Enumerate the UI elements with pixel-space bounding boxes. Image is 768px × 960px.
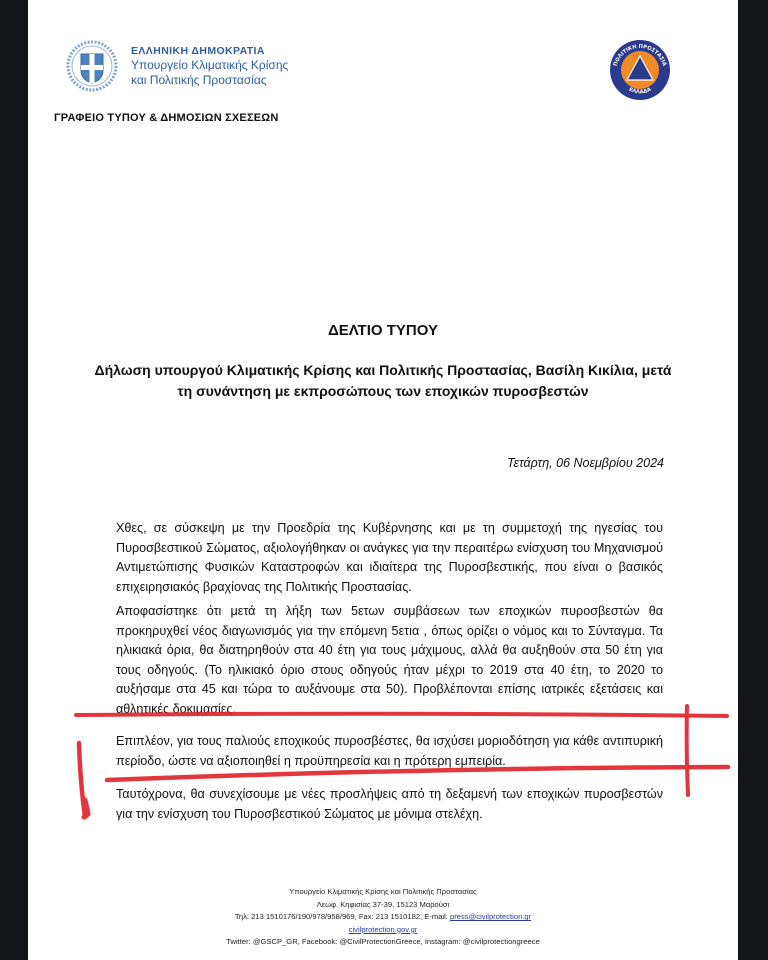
footer: Υπουργείο Κλιματικής Κρίσης και Πολιτική… [28, 886, 738, 949]
document-title: ΔΕΛΤΙΟ ΤΥΠΟΥ [28, 322, 738, 339]
footer-ministry: Υπουργείο Κλιματικής Κρίσης και Πολιτική… [28, 886, 738, 899]
greek-coat-of-arms-icon [66, 40, 118, 92]
footer-address: Λεωφ. Κηφισίας 37-39, 15123 Μαρούσι [28, 899, 738, 912]
footer-contact: Τηλ: 213 1510176/190/978/958/969, Fax: 2… [28, 911, 738, 924]
press-release-page: ΕΛΛΗΝΙΚΗ ΔΗΜΟΚΡΑΤΙΑ Υπουργείο Κλιματικής… [28, 0, 738, 960]
footer-social: Twitter: @GSCP_GR, Facebook: @CivilProte… [28, 936, 738, 949]
email-link[interactable]: press@civilprotection.gr [450, 912, 531, 921]
country-name: ΕΛΛΗΝΙΚΗ ΔΗΜΟΚΡΑΤΙΑ [131, 44, 288, 58]
civil-protection-logo-icon: ΠΟΛΙΤΙΚΗ ΠΡΟΣΤΑΣΙΑ ΕΛΛΑΔΑ [606, 38, 674, 102]
paragraph-4: Ταυτόχρονα, θα συνεχίσουμε με νέες προσλ… [116, 785, 663, 824]
ministry-name-line2: και Πολιτικής Προστασίας [131, 73, 288, 88]
website-link[interactable]: civilprotection.gov.gr [349, 925, 418, 934]
paragraph-2: Αποφασίστηκε ότι μετά τη λήξη των 5ετων … [116, 602, 663, 719]
government-header: ΕΛΛΗΝΙΚΗ ΔΗΜΟΚΡΑΤΙΑ Υπουργείο Κλιματικής… [131, 44, 288, 88]
paragraph-1: Χθες, σε σύσκεψη με την Προεδρία της Κυβ… [116, 519, 663, 597]
document-subtitle: Δήλωση υπουργού Κλιματικής Κρίσης και Πο… [88, 360, 678, 402]
document-date: Τετάρτη, 06 Νοεμβρίου 2024 [507, 456, 664, 470]
paragraph-3-highlighted: Επιπλέον, για τους παλιούς εποχικούς πυρ… [116, 732, 663, 771]
footer-phone: Τηλ: 213 1510176/190/978/958/969, Fax: 2… [235, 912, 450, 921]
ministry-name-line1: Υπουργείο Κλιματικής Κρίσης [131, 58, 288, 73]
press-office-label: ΓΡΑΦΕΙΟ ΤΥΠΟΥ & ΔΗΜΟΣΙΩΝ ΣΧΕΣΕΩΝ [54, 112, 278, 124]
